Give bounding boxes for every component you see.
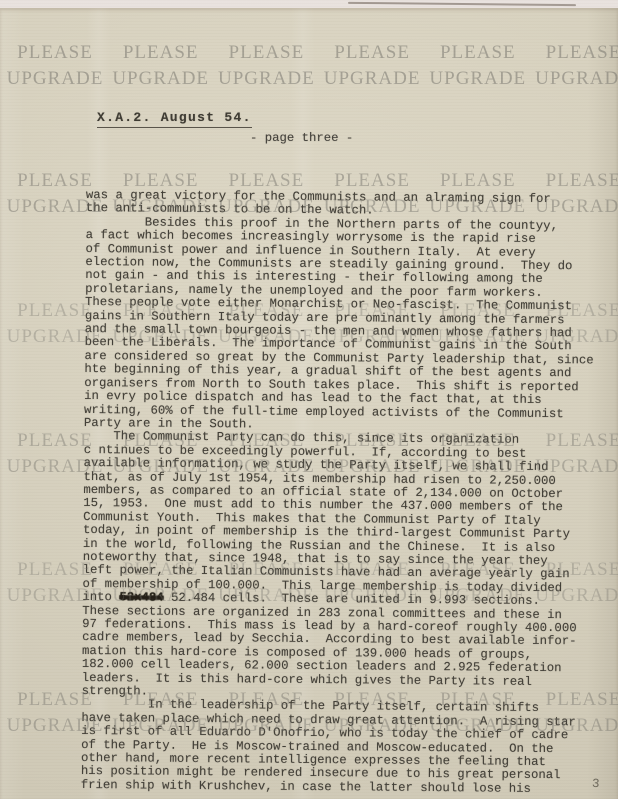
- page-title: - page three -: [250, 131, 353, 145]
- body-text: was a great victory for the Communists a…: [81, 189, 595, 797]
- typed-text-layer: X.A.2. August 54. - page three - was a g…: [0, 0, 618, 799]
- text-segment: into: [82, 590, 119, 604]
- document-reference-header: X.A.2. August 54.: [97, 110, 252, 128]
- scanned-document-page: X.A.2. August 54. - page three - was a g…: [0, 0, 618, 799]
- text-line: frien ship with Krushchev, in case the l…: [81, 779, 590, 797]
- struck-text: 52x484: [119, 590, 163, 604]
- page-number: 3: [592, 777, 600, 791]
